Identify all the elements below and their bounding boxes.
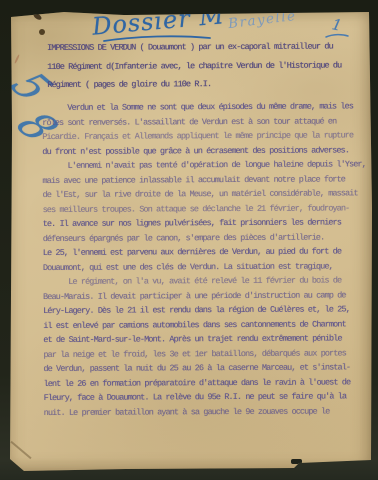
paper-stain (102, 10, 107, 13)
body-line: Picardie. Français et Allemands applique… (42, 128, 366, 144)
body-line: défenseurs épargnés par le canon, s'empa… (43, 230, 367, 246)
paper-stain (14, 54, 20, 64)
handwritten-collector-name: Brayelle (227, 8, 297, 32)
title-line: IMPRESSIONS DE VERDUN ( Douaumont ) par … (47, 37, 341, 57)
title-line: Régiment ( pages de gloire du 110e R.I. (47, 74, 341, 94)
body-line: Léry-Lagery. Dès le 21 il est rendu dans… (43, 302, 367, 318)
paper-tear-mark (291, 459, 302, 464)
document-page: Dossier M Brayelle 1 5 8 IMPRESSIONS DE … (6, 8, 372, 472)
scan-background: Dossier M Brayelle 1 5 8 IMPRESSIONS DE … (0, 0, 378, 480)
paper-fold-crease (10, 441, 31, 459)
body-line: Beau-Marais. Il devait participer à une … (43, 288, 367, 304)
title-line: 110e Régiment d(Infanterie avec, le chap… (47, 56, 341, 76)
typed-body: Verdun et la Somme ne sont que deux épis… (42, 99, 367, 420)
body-line: ses meilleurs troupes. Son attaque se dé… (43, 201, 367, 217)
paper-tear-mark (39, 29, 45, 35)
body-line: de Verdun, passent la nuit du 25 au 26 à… (43, 360, 367, 376)
typed-title: IMPRESSIONS DE VERDUN ( Douaumont ) par … (47, 37, 341, 94)
paper-tear-mark (32, 12, 42, 21)
body-line: nuit. Le premier bataillon ayant à sa ga… (44, 404, 368, 420)
